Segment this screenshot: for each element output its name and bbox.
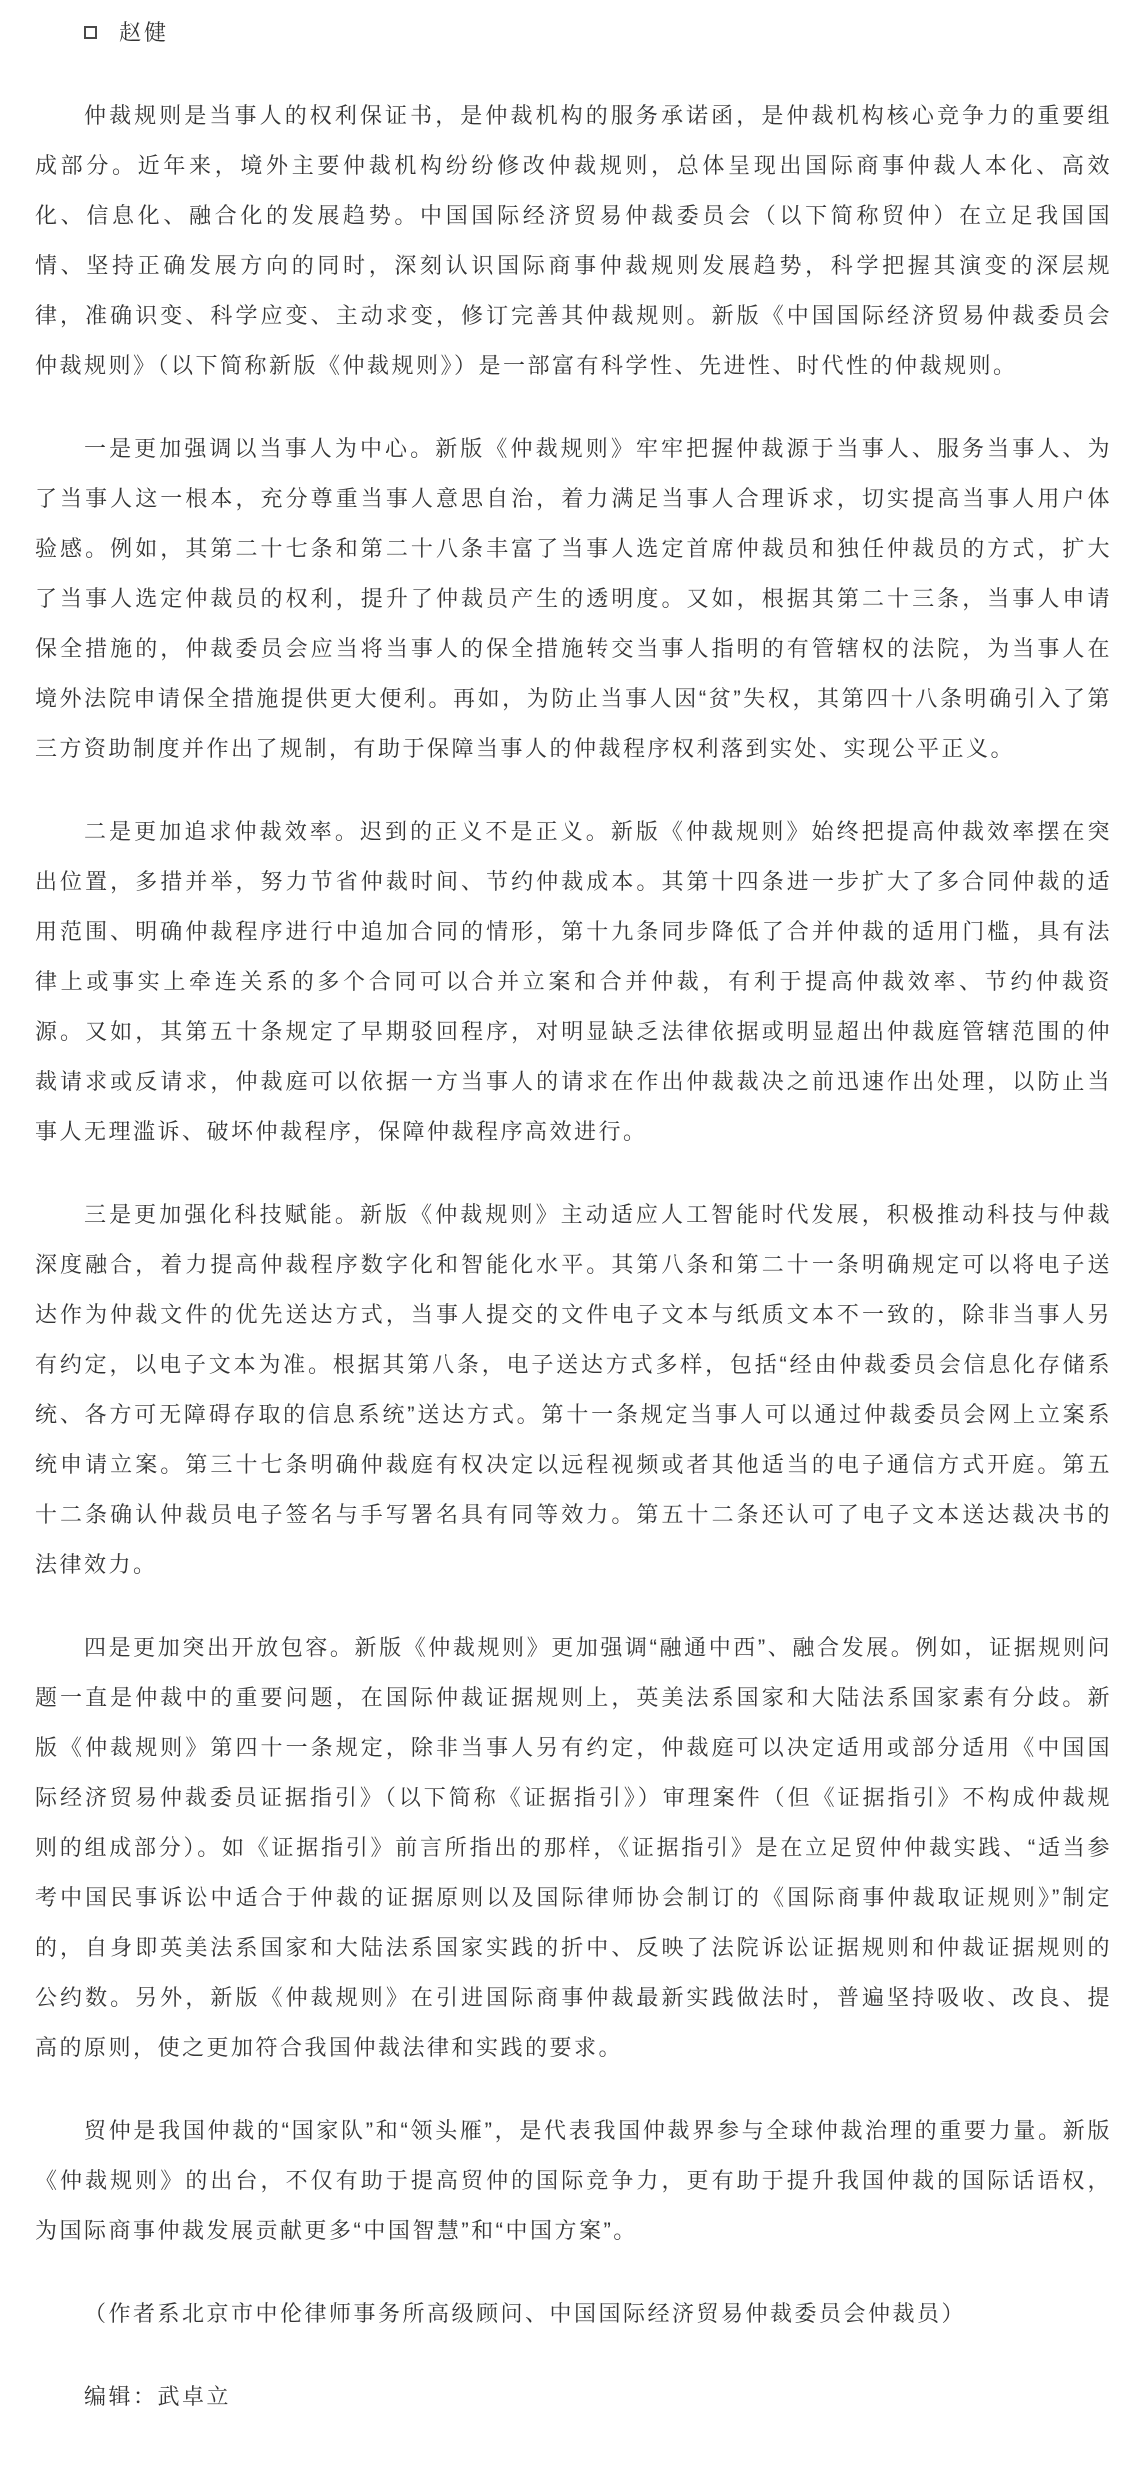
editor-credit: 编辑：武卓立 — [35, 2372, 1112, 2422]
byline: 赵健 — [35, 8, 1112, 58]
article-paragraph: 仲裁规则是当事人的权利保证书，是仲裁机构的服务承诺函，是仲裁机构核心竞争力的重要… — [35, 91, 1112, 391]
byline-author: 赵健 — [119, 20, 169, 45]
square-bullet-icon — [84, 26, 97, 39]
article-paragraph: 四是更加突出开放包容。新版《仲裁规则》更加强调“融通中西”、融合发展。例如，证据… — [35, 1623, 1112, 2073]
article-paragraph: 三是更加强化科技赋能。新版《仲裁规则》主动适应人工智能时代发展，积极推动科技与仲… — [35, 1190, 1112, 1590]
article-paragraph: 贸仲是我国仲裁的“国家队”和“领头雁”，是代表我国仲裁界参与全球仲裁治理的重要力… — [35, 2106, 1112, 2256]
author-note: （作者系北京市中伦律师事务所高级顾问、中国国际经济贸易仲裁委员会仲裁员） — [35, 2289, 1112, 2339]
article-paragraph: 一是更加强调以当事人为中心。新版《仲裁规则》牢牢把握仲裁源于当事人、服务当事人、… — [35, 424, 1112, 774]
article-paragraph: 二是更加追求仲裁效率。迟到的正义不是正义。新版《仲裁规则》始终把提高仲裁效率摆在… — [35, 807, 1112, 1157]
article-page: 赵健 仲裁规则是当事人的权利保证书，是仲裁机构的服务承诺函，是仲裁机构核心竞争力… — [0, 0, 1147, 2467]
